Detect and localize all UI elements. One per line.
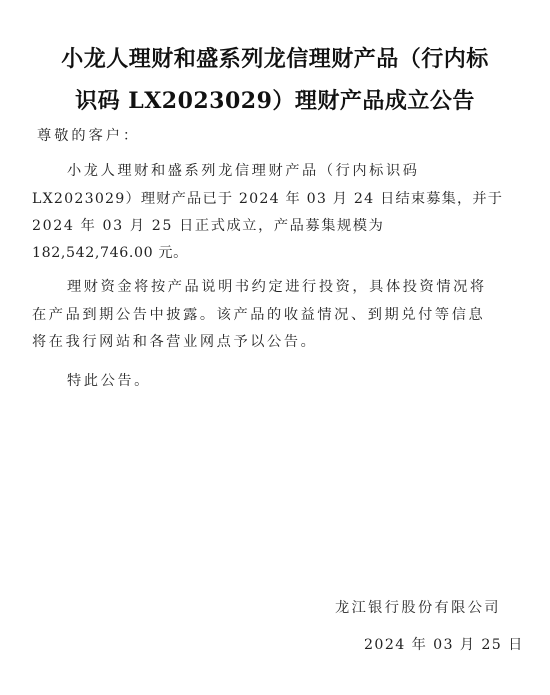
paragraph-1-line-4: 182,542,746.00 元。 — [32, 242, 188, 262]
document-title-line-1: 小龙人理财和盛系列龙信理财产品（行内标 — [0, 42, 550, 73]
paragraph-2-line-2: 在产品到期公告中披露。该产品的收益情况、到期兑付等信息 — [32, 304, 485, 324]
paragraph-1-line-1: 小龙人理财和盛系列龙信理财产品（行内标识码 — [67, 160, 420, 180]
paragraph-2-line-3: 将在我行网站和各营业网点予以公告。 — [32, 331, 317, 351]
announcement-date: 2024 年 03 月 25 日 — [364, 634, 524, 654]
paragraph-1-line-2: LX2023029）理财产品已于 2024 年 03 月 24 日结束募集，并于 — [32, 188, 503, 208]
paragraph-1-line-3: 2024 年 03 月 25 日正式成立，产品募集规模为 — [32, 215, 384, 235]
paragraph-2-line-1: 理财资金将按产品说明书约定进行投资，具体投资情况将 — [67, 276, 487, 296]
salutation: 尊敬的客户： — [37, 125, 140, 145]
issuer-name: 龙江银行股份有限公司 — [335, 597, 501, 617]
document-title-line-2: 识码 LX2023029）理财产品成立公告 — [0, 84, 550, 115]
closing-statement: 特此公告。 — [67, 370, 151, 390]
